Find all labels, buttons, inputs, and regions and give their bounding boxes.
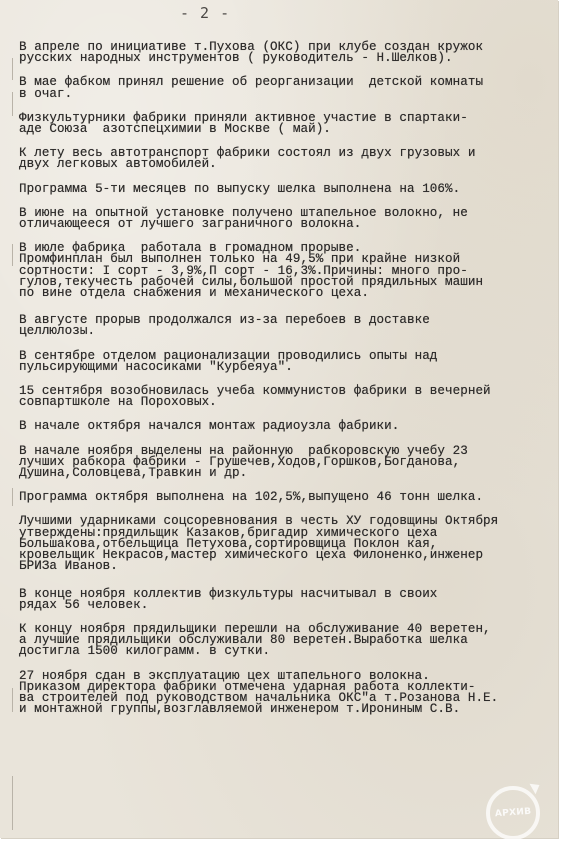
document-page: - 2 - В апреле по инициативе т.Пухова (О… <box>0 0 558 838</box>
document-paragraph: В августе прорыв продолжался из-за переб… <box>19 315 554 337</box>
margin-mark <box>12 92 13 116</box>
document-paragraph: Физкультурники фабрики приняли активное … <box>19 113 554 135</box>
text-line: русских народных инструментов ( руководи… <box>19 53 554 64</box>
document-paragraph: В сентябре отделом рационализации провод… <box>19 351 554 373</box>
text-line: двух легковых автомобилей. <box>19 159 554 170</box>
text-line: В мае фабком принял решение об реорганиз… <box>19 77 554 88</box>
text-line: В августе прорыв продолжался из-за переб… <box>19 315 554 326</box>
text-line: отличающееся от лучшего заграничного вол… <box>19 219 554 230</box>
margin-mark <box>12 776 13 830</box>
text-line: целлюлозы. <box>19 326 554 337</box>
document-paragraph: В июле фабрика работала в громадном прор… <box>19 243 554 299</box>
margin-mark <box>12 488 13 506</box>
text-line: по вине отдела снабжения и механического… <box>19 288 554 299</box>
document-paragraph: В апреле по инициативе т.Пухова (ОКС) пр… <box>19 42 554 64</box>
document-paragraph: В начале ноября выделены на районную раб… <box>19 446 554 480</box>
text-line: Программа 5-ти месяцев по выпуску шелка … <box>19 184 554 195</box>
text-line: Программа октября выполнена на 102,5%,вы… <box>19 492 554 503</box>
document-paragraph: В начале октября начался монтаж радиоузл… <box>19 421 554 432</box>
text-line: аде Союза азотспецхимии в Москве ( май). <box>19 124 554 135</box>
text-line: достигла 1500 килограмм. в сутки. <box>19 646 554 657</box>
margin-mark <box>12 58 13 80</box>
document-body: В апреле по инициативе т.Пухова (ОКС) пр… <box>19 42 554 728</box>
text-line: в очаг. <box>19 89 554 100</box>
margin-mark <box>12 244 13 266</box>
text-line: и монтажной группы,возглавляемой инженер… <box>19 704 554 715</box>
document-paragraph: Программа октября выполнена на 102,5%,вы… <box>19 492 554 503</box>
document-paragraph: 15 сентября возобновилась учеба коммунис… <box>19 386 554 408</box>
text-line: рядах 56 человек. <box>19 600 554 611</box>
margin-mark <box>12 688 13 712</box>
document-paragraph: В мае фабком принял решение об реорганиз… <box>19 77 554 99</box>
text-line: В начале октября начался монтаж радиоузл… <box>19 421 554 432</box>
text-line: БРИЗа Иванов. <box>19 561 554 572</box>
document-paragraph: В конце ноября коллектив физкультуры нас… <box>19 589 554 611</box>
document-paragraph: К концу ноября прядильщики перешли на об… <box>19 624 554 658</box>
document-paragraph: Программа 5-ти месяцев по выпуску шелка … <box>19 184 554 195</box>
text-line: Душина,Соловцева,Травкин и др. <box>19 468 554 479</box>
page-number: - 2 - <box>180 4 230 22</box>
text-line: пульсирующими насосиками "Курбеяуа". <box>19 362 554 373</box>
text-line: совпартшколе на Пороховых. <box>19 397 554 408</box>
document-paragraph: 27 ноября сдан в эксплуатацию цех штапел… <box>19 671 554 716</box>
document-paragraph: К лету весь автотранспорт фабрики состоя… <box>19 148 554 170</box>
archive-watermark: АРХИВ <box>486 786 540 840</box>
document-paragraph: Лучшими ударниками соцсоревнования в чес… <box>19 516 554 572</box>
document-paragraph: В июне на опытной установке получено шта… <box>19 208 554 230</box>
archive-circle-arrow-icon: АРХИВ <box>494 807 531 820</box>
